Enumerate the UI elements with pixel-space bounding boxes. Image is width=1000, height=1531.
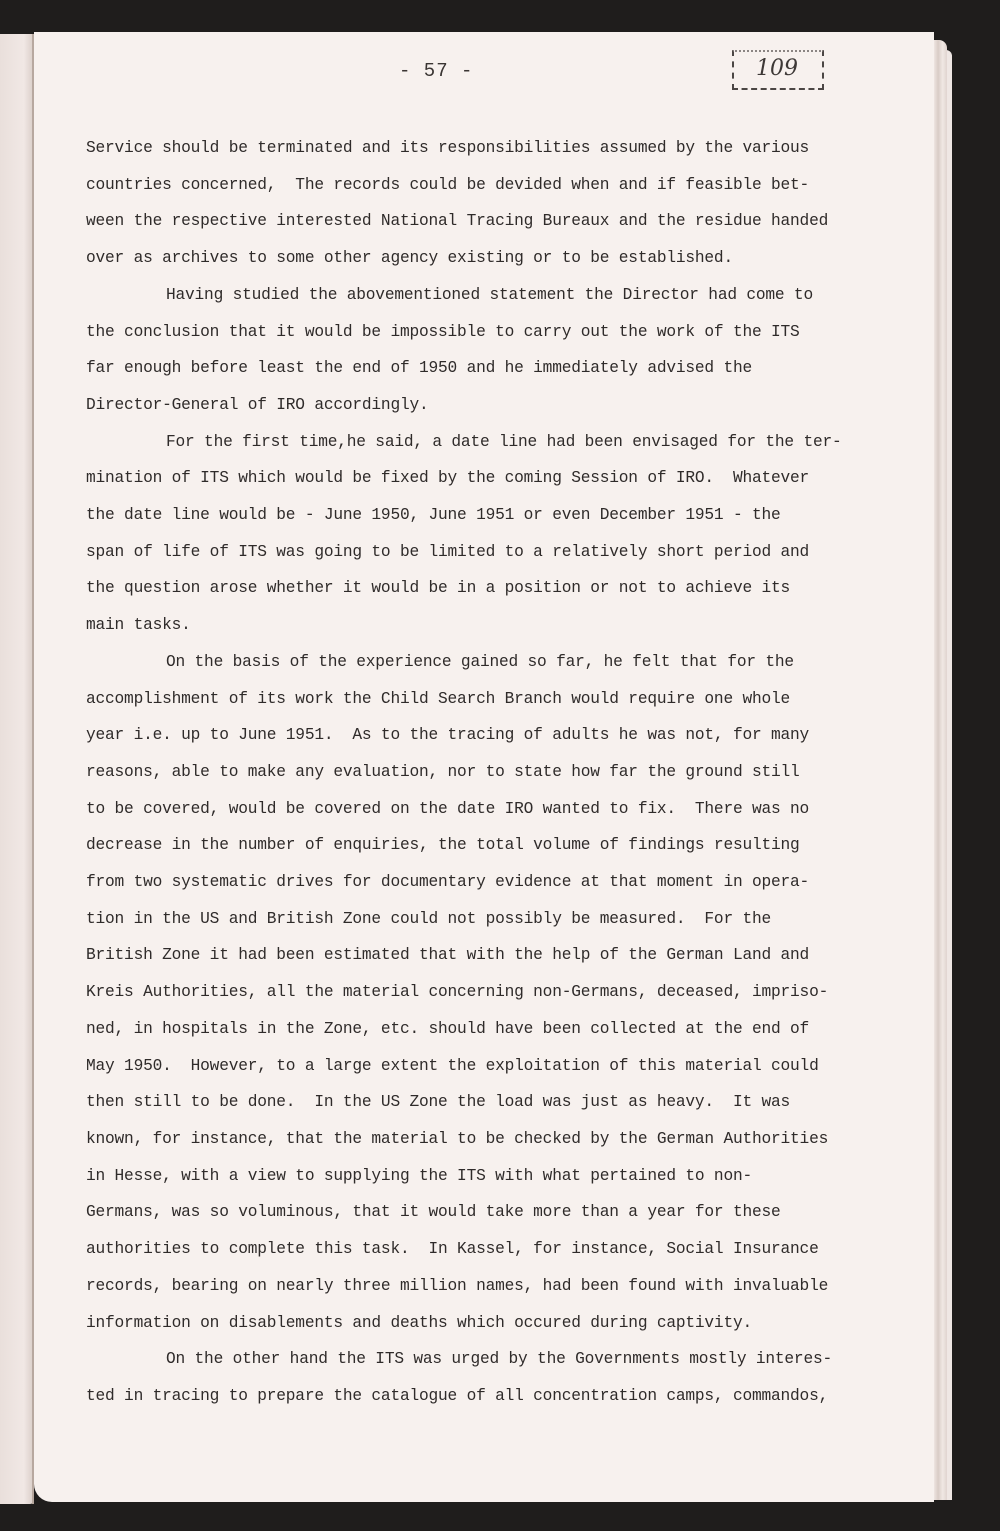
body-text: Service should be terminated and its res… — [86, 130, 866, 1415]
text-line: countries concerned, The records could b… — [86, 167, 866, 204]
text-line: Germans, was so voluminous, that it woul… — [86, 1194, 866, 1231]
text-line: decrease in the number of enquiries, the… — [86, 827, 866, 864]
text-line: ted in tracing to prepare the catalogue … — [86, 1378, 866, 1415]
text-line: the conclusion that it would be impossib… — [86, 314, 866, 351]
left-facing-page — [0, 34, 34, 1504]
text-line: reasons, able to make any evaluation, no… — [86, 754, 866, 791]
text-line: accomplishment of its work the Child Sea… — [86, 681, 866, 718]
paragraph-start: On the other hand the ITS was urged by t… — [86, 1341, 866, 1378]
text-line: the question arose whether it would be i… — [86, 570, 866, 607]
text-line: far enough before least the end of 1950 … — [86, 350, 866, 387]
text-line: to be covered, would be covered on the d… — [86, 791, 866, 828]
paragraph-start: For the first time,he said, a date line … — [86, 424, 866, 461]
text-line: ned, in hospitals in the Zone, etc. shou… — [86, 1011, 866, 1048]
text-line: May 1950. However, to a large extent the… — [86, 1048, 866, 1085]
text-line: then still to be done. In the US Zone th… — [86, 1084, 866, 1121]
text-line: year i.e. up to June 1951. As to the tra… — [86, 717, 866, 754]
text-line: authorities to complete this task. In Ka… — [86, 1231, 866, 1268]
text-line: main tasks. — [86, 607, 866, 644]
text-line: British Zone it had been estimated that … — [86, 937, 866, 974]
text-line: span of life of ITS was going to be limi… — [86, 534, 866, 571]
text-line: the date line would be - June 1950, June… — [86, 497, 866, 534]
text-line: known, for instance, that the material t… — [86, 1121, 866, 1158]
document-page: - 57 - 109 Service should be terminated … — [34, 32, 934, 1502]
text-line: ween the respective interested National … — [86, 203, 866, 240]
text-line: over as archives to some other agency ex… — [86, 240, 866, 277]
text-line: in Hesse, with a view to supplying the I… — [86, 1158, 866, 1195]
text-line: records, bearing on nearly three million… — [86, 1268, 866, 1305]
text-line: mination of ITS which would be fixed by … — [86, 460, 866, 497]
paragraph-start: Having studied the abovementioned statem… — [86, 277, 866, 314]
archive-number-stamp: 109 — [732, 50, 824, 90]
text-line: Service should be terminated and its res… — [86, 130, 866, 167]
text-line: Director-General of IRO accordingly. — [86, 387, 866, 424]
text-line: tion in the US and British Zone could no… — [86, 901, 866, 938]
page-number: - 57 - — [399, 60, 473, 82]
text-line: information on disablements and deaths w… — [86, 1305, 866, 1342]
text-line: Kreis Authorities, all the material conc… — [86, 974, 866, 1011]
text-line: from two systematic drives for documenta… — [86, 864, 866, 901]
paragraph-start: On the basis of the experience gained so… — [86, 644, 866, 681]
archive-number: 109 — [756, 56, 798, 81]
